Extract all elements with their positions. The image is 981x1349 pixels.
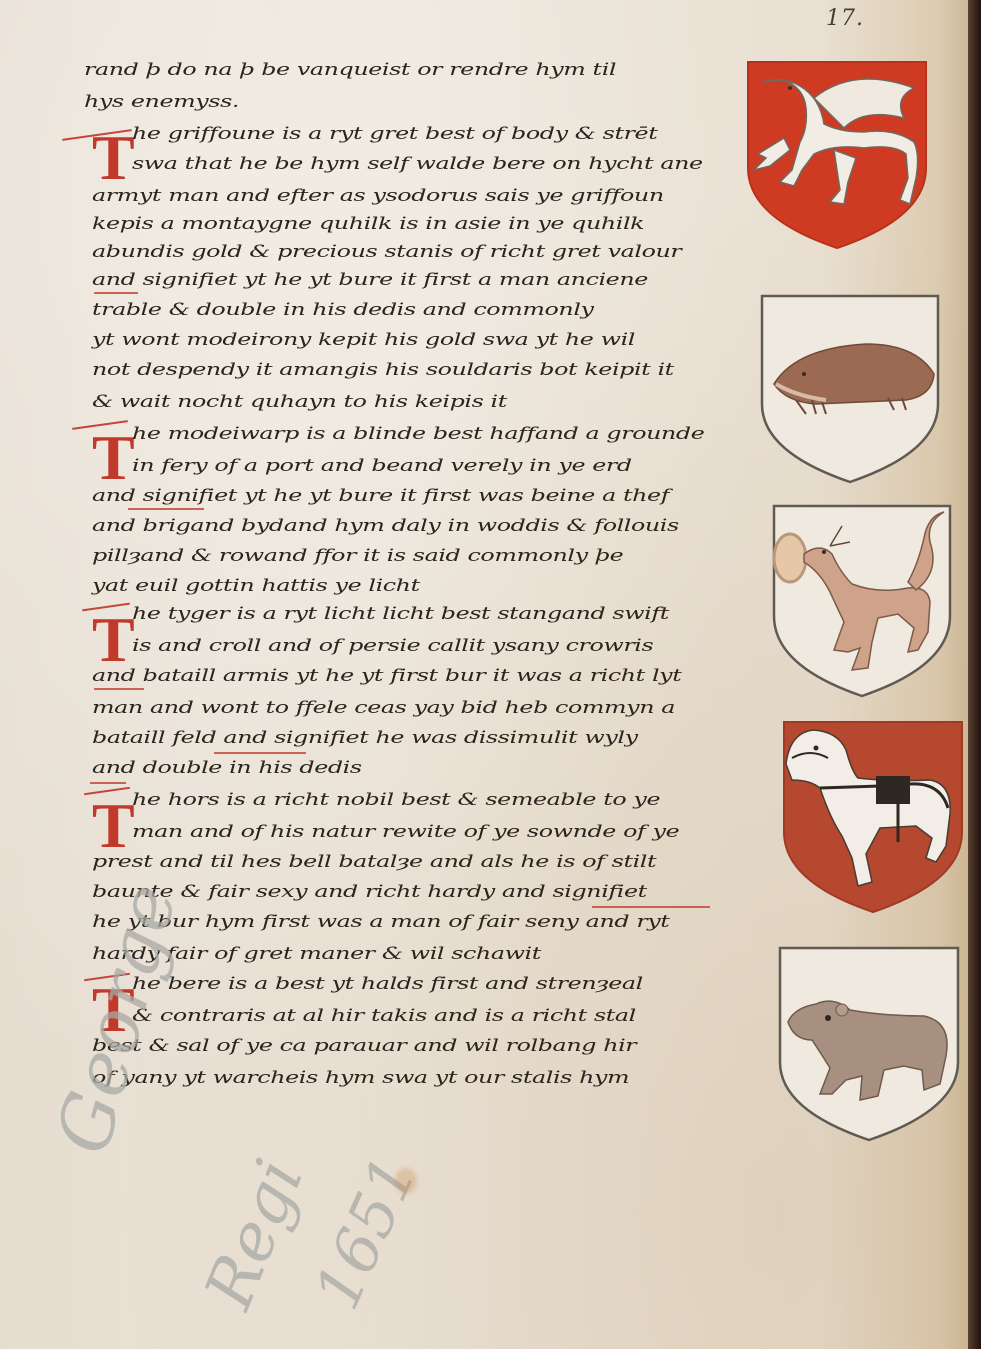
manuscript-page: 17. rand þ do na þ be vanqueist or rendr…	[0, 0, 968, 1349]
horse-shield-icon	[780, 718, 966, 914]
text-line: bataill feld and signifiet he was dissim…	[92, 728, 638, 748]
red-underline	[592, 906, 710, 908]
text-line: he hors is a richt nobil best & semeable…	[132, 790, 660, 810]
text-line: and brigand bydand hym daly in woddis & …	[92, 516, 679, 536]
text-line: he griffoune is a ryt gret best of body …	[132, 124, 657, 144]
text-line: and signifiet yt he yt bure it first a m…	[92, 270, 648, 290]
text-line: man and of his natur rewite of ye sownde…	[132, 822, 679, 842]
red-underline	[128, 508, 204, 510]
text-line: rand þ do na þ be vanqueist or rendre hy…	[84, 60, 616, 80]
text-line: he modeiwarp is a blinde best haffand a …	[132, 424, 704, 444]
text-line: yat euil gottin hattis ye licht	[92, 576, 420, 596]
griffin-shield-icon	[744, 58, 930, 250]
book-binding-edge	[968, 0, 981, 1349]
text-line: and signifiet yt he yt bure it first was…	[92, 486, 669, 506]
text-line: man and wont to ffele ceas yay bid heb c…	[92, 698, 675, 718]
pencil-note-line: Regi	[190, 1149, 318, 1319]
rubricated-initial: T	[92, 608, 135, 672]
parchment-stain	[395, 1168, 417, 1194]
red-underline	[94, 688, 144, 690]
text-line: yt wont modeirony kepit his gold swa yt …	[92, 330, 635, 350]
text-line: and double in his dedis	[92, 758, 362, 778]
text-line: & contraris at al hir takis and is a ric…	[132, 1006, 636, 1026]
text-line: prest and til hes bell batalȝe and als h…	[92, 852, 656, 872]
red-underline	[90, 782, 126, 784]
text-line: abundis gold & precious stanis of richt …	[92, 242, 681, 262]
text-line: he tyger is a ryt licht licht best stang…	[132, 604, 669, 624]
rubricated-initial: T	[92, 794, 135, 858]
text-line: kepis a montaygne quhilk is in asie in y…	[92, 214, 644, 234]
text-line: swa that he be hym self walde bere on hy…	[132, 154, 703, 174]
red-underline	[214, 752, 306, 754]
rubricated-initial: T	[92, 426, 135, 490]
text-line: trable & double in his dedis and commonl…	[92, 300, 594, 320]
text-line: hys enemyss.	[84, 92, 239, 112]
text-line: pillȝand & rowand ffor it is said common…	[92, 546, 623, 566]
text-line: in fery of a port and beand verely in ye…	[132, 456, 632, 476]
text-line: is and croll and of persie callit ysany …	[132, 636, 653, 656]
text-line: not despendy it amangis his souldaris bo…	[92, 360, 674, 380]
bear-shield-icon	[774, 944, 964, 1142]
mole-shield-icon	[756, 292, 944, 484]
red-underline	[94, 292, 138, 294]
text-line: he bere is a best yt halds first and str…	[132, 974, 643, 994]
text-line: and bataill armis yt he yt first bur it …	[92, 666, 681, 686]
text-line: of yany yt warcheis hym swa yt our stali…	[92, 1068, 629, 1088]
text-line: best & sal of ye ca parauar and wil rolb…	[92, 1036, 636, 1056]
text-line: armyt man and efter as ysodorus sais ye …	[92, 186, 664, 206]
folio-number: 17.	[826, 6, 864, 31]
text-line: & wait nocht quhayn to his keipis it	[92, 392, 507, 412]
tiger-shield-icon	[768, 502, 954, 698]
